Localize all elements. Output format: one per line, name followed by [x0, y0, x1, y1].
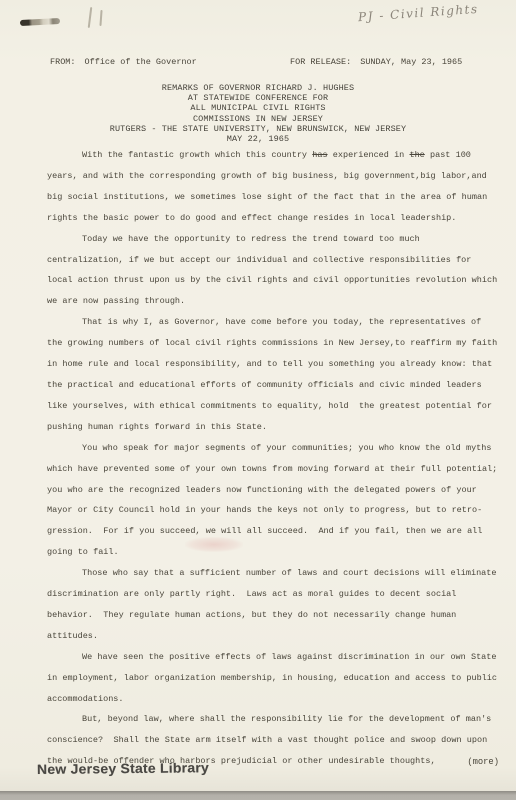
struck-word: has [312, 150, 327, 160]
from-value: Office of the Governor [85, 57, 197, 67]
from-line: FROM:Office of the Governor [50, 57, 197, 67]
title-line-1: REMARKS OF GOVERNOR RICHARD J. HUGHES [0, 83, 516, 93]
paragraph-6: We have seen the positive effects of law… [47, 647, 500, 710]
release-header: FROM:Office of the Governor FOR RELEASE:… [0, 57, 516, 69]
paragraph-4: You who speak for major segments of your… [47, 438, 500, 563]
paragraph-1-segment: experienced in [328, 150, 410, 160]
struck-word: the [409, 150, 424, 160]
release-label: FOR RELEASE: [290, 57, 351, 67]
title-line-4: COMMISSIONS IN NEW JERSEY [0, 114, 516, 124]
title-line-3: ALL MUNICIPAL CIVIL RIGHTS [0, 103, 516, 113]
paragraph-1-segment: With the fantastic growth which this cou… [82, 150, 312, 160]
paragraph-1-segment: past 100 years, and with the correspondi… [47, 150, 492, 223]
paragraph-5: Those who say that a sufficient number o… [47, 563, 500, 647]
pencil-mark [88, 7, 93, 28]
title-line-6: MAY 22, 1965 [0, 134, 516, 144]
title-line-5: RUTGERS - THE STATE UNIVERSITY, NEW BRUN… [0, 124, 516, 134]
pencil-mark [99, 10, 102, 26]
scanner-edge [0, 791, 516, 800]
continuation-marker: (more) [467, 757, 499, 767]
document-title: REMARKS OF GOVERNOR RICHARD J. HUGHES AT… [0, 83, 516, 144]
title-line-2: AT STATEWIDE CONFERENCE FOR [0, 93, 516, 103]
release-value: SUNDAY, May 23, 1965 [360, 57, 462, 67]
paragraph-2: Today we have the opportunity to redress… [47, 229, 500, 313]
library-stamp: New Jersey State Library [37, 760, 209, 777]
release-line: FOR RELEASE:SUNDAY, May 23, 1965 [290, 57, 462, 67]
paragraph-3: That is why I, as Governor, have come be… [47, 312, 500, 437]
handwritten-annotation: PJ - Civil Rights [358, 2, 479, 24]
ink-smudge-mark [20, 18, 60, 26]
from-label: FROM: [50, 57, 76, 67]
speech-body: With the fantastic growth which this cou… [47, 145, 500, 772]
document-page: PJ - Civil Rights FROM:Office of the Gov… [0, 0, 516, 791]
paragraph-1: With the fantastic growth which this cou… [47, 145, 500, 229]
